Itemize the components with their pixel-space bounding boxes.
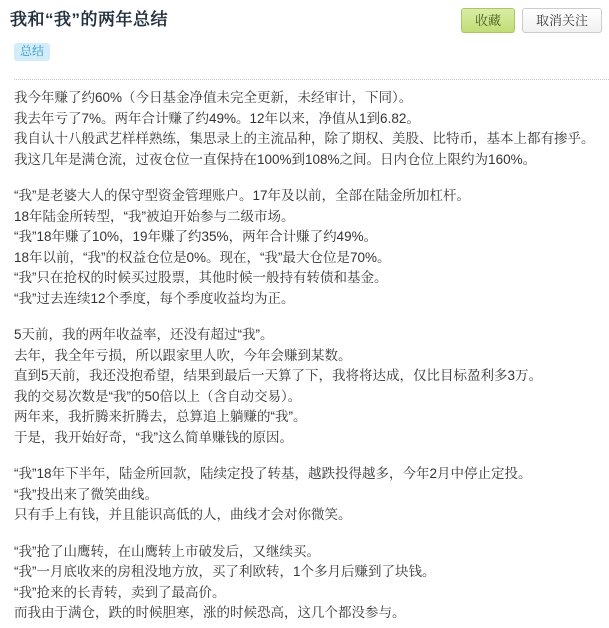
article-line: “我”过去连续12个季度，每个季度收益均为正。 [14,289,603,310]
paragraph: 5天前，我的两年收益率，还没有超过“我”。去年，我全年亏损，所以跟家里人吹，今年… [14,325,603,448]
article-line: 18年以前，“我”的权益仓位是0%。现在，“我”最大仓位是70%。 [14,248,603,269]
header-actions: 收藏 取消关注 [461,8,602,33]
article-line: “我”抢来的长青转，卖到了最高价。 [14,583,603,604]
article-line: 直到5天前，我还没抱希望，结果到最后一天算了下，我将将达成，仅比目标盈利多3万。 [14,366,603,387]
unfollow-button[interactable]: 取消关注 [522,8,602,33]
article-line: 我自认十八般武艺样样熟练，集思录上的主流品种，除了期权、美股、比特币，基本上都有… [14,129,603,150]
paragraph: “我”抢了山鹰转，在山鹰转上市破发后，又继续买。“我”一月底收来的房租没地方放，… [14,542,603,624]
article-line: 我今年赚了约60%（今日基金净值未完全更新，未经审计，下同）。 [14,88,603,109]
favorite-button[interactable]: 收藏 [461,8,515,33]
article-line: 只有手上有钱，并且能识高低的人，曲线才会对你微笑。 [14,505,603,526]
article-line: 而我由于满仓，跌的时候胆寒，涨的时候恐高，这几个都没参与。 [14,603,603,624]
article-line: “我”是老婆大人的保守型资金管理账户。17年及以前，全部在陆金所加杠杆。 [14,186,603,207]
article-line: 于是，我开始好奇，“我”这么简单赚钱的原因。 [14,428,603,449]
paragraph: 我今年赚了约60%（今日基金净值未完全更新，未经审计，下同）。我去年亏了7%。两… [14,88,603,170]
page-title: 我和“我”的两年总结 [10,9,168,31]
article-line: “我”投出来了微笑曲线。 [14,485,603,506]
article-line: 18年陆金所转型，“我”被迫开始参与二级市场。 [14,207,603,228]
article-line: 5天前，我的两年收益率，还没有超过“我”。 [14,325,603,346]
article-line: 去年，我全年亏损，所以跟家里人吹，今年会赚到某数。 [14,346,603,367]
article-line: “我”抢了山鹰转，在山鹰转上市破发后，又继续买。 [14,542,603,563]
article-line: 两年来，我折腾来折腾去，总算追上躺赚的“我”。 [14,407,603,428]
article-line: “我”18年赚了10%，19年赚了约35%，两年合计赚了约49%。 [14,227,603,248]
article-line: 我去年亏了7%。两年合计赚了约49%。12年以来，净值从1到6.82。 [14,109,603,130]
article-line: 我的交易次数是“我”的50倍以上（含自动交易）。 [14,387,603,408]
paragraph: “我”18年下半年，陆金所回款，陆续定投了转基，越跌投得越多，今年2月中停止定投… [14,464,603,526]
post-header: 我和“我”的两年总结 收藏 取消关注 [0,0,609,33]
paragraph: “我”是老婆大人的保守型资金管理账户。17年及以前，全部在陆金所加杠杆。18年陆… [14,186,603,309]
article-body: 我今年赚了约60%（今日基金净值未完全更新，未经审计，下同）。我去年亏了7%。两… [0,80,609,624]
article-line: “我”一月底收来的房租没地方放，买了利欧转，1个多月后赚到了块钱。 [14,562,603,583]
topic-tag[interactable]: 总结 [14,43,50,61]
tag-list: 总结 [0,33,609,61]
post-page: 我和“我”的两年总结 收藏 取消关注 总结 我今年赚了约60%（今日基金净值未完… [0,0,609,628]
article-line: 我这几年是满仓流，过夜仓位一直保持在100%到108%之间。日内仓位上限约为16… [14,150,603,171]
article-line: “我”只在抢权的时候买过股票，其他时候一般持有转债和基金。 [14,268,603,289]
article-line: “我”18年下半年，陆金所回款，陆续定投了转基，越跌投得越多，今年2月中停止定投… [14,464,603,485]
